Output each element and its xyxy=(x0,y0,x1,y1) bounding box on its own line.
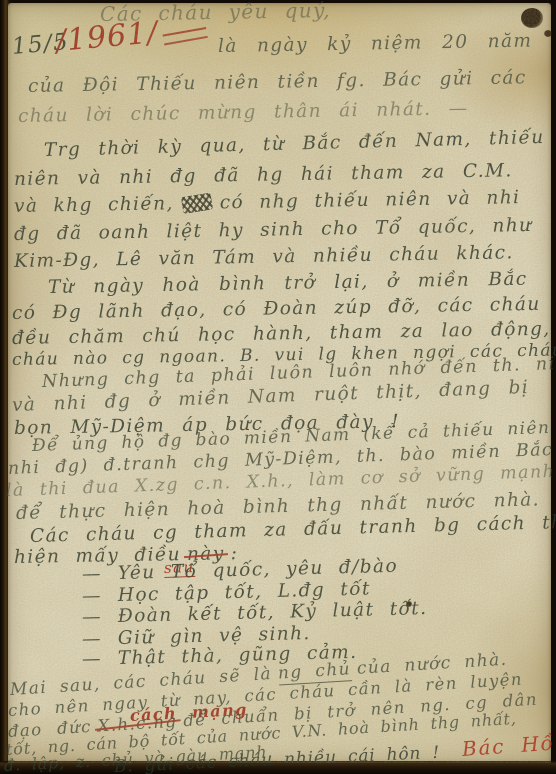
list-dash: — xyxy=(82,585,102,607)
line-text: và khg chiến, xyxy=(14,193,174,217)
list-dash: — xyxy=(82,628,102,650)
ink-stain-top-right xyxy=(521,8,543,28)
list-dash: — xyxy=(82,606,102,628)
scanned-letter: Các cháu yêu quý, 15/5 /1961/ là ngày kỷ… xyxy=(0,0,556,774)
list-dash: — xyxy=(82,563,102,585)
list-dash: — xyxy=(82,648,102,670)
ink-speck xyxy=(544,30,552,37)
red-strikethrough-marks xyxy=(162,27,207,45)
scribbled-ink-blot xyxy=(181,193,213,214)
ink-speck xyxy=(406,601,412,607)
